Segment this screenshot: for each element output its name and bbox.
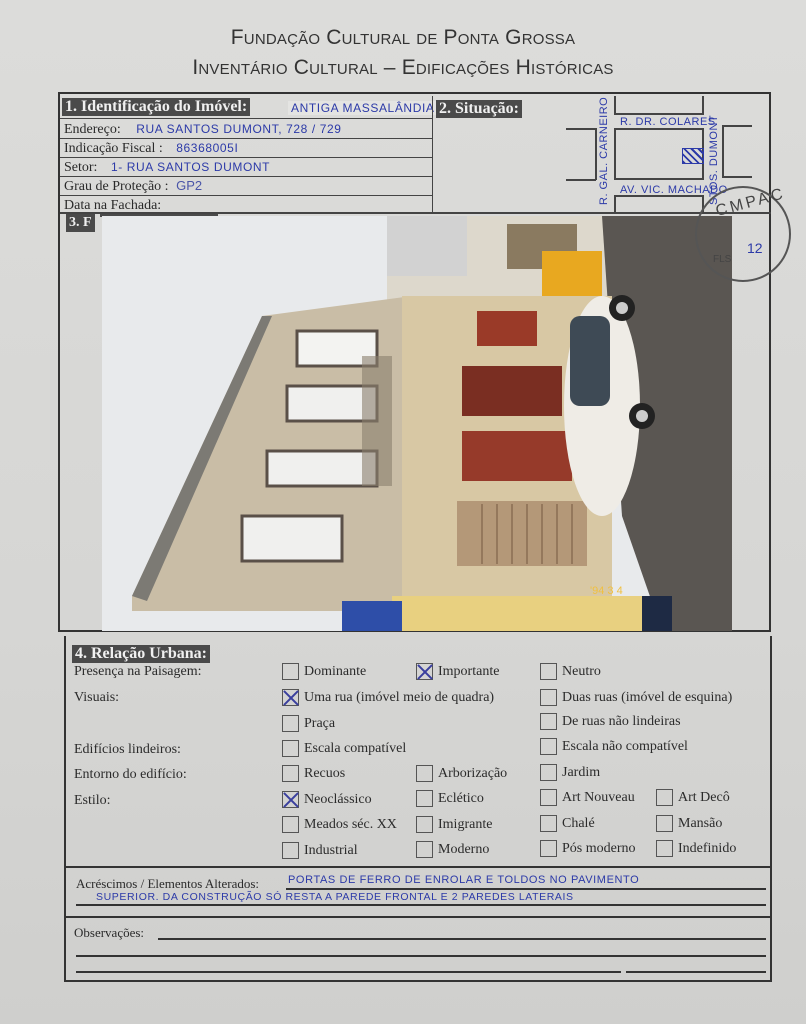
checkbox-neutro[interactable] xyxy=(540,663,557,680)
option-label: Arborização xyxy=(438,766,507,781)
option-label: Eclético xyxy=(438,791,484,806)
acrescimos-line2[interactable]: SUPERIOR. DA CONSTRUÇÃO SÓ RESTA A PARED… xyxy=(96,891,574,903)
option-label: Uma rua (imóvel meio de quadra) xyxy=(304,690,494,705)
checkbox-art-deco[interactable] xyxy=(656,789,673,806)
option-praca[interactable]: Praça xyxy=(282,714,335,734)
checkbox-neoclassico[interactable] xyxy=(282,791,299,808)
option-label: Art Nouveau xyxy=(562,790,635,805)
option-duas-ruas[interactable]: Duas ruas (imóvel de esquina) xyxy=(540,688,732,708)
option-label: Imigrante xyxy=(438,817,492,832)
checkbox-importante[interactable] xyxy=(416,663,433,680)
option-label: Mansão xyxy=(678,816,722,831)
protection-label: Grau de Proteção : xyxy=(64,179,169,194)
option-escala-nao-compativel[interactable]: Escala não compatível xyxy=(540,737,688,757)
option-label: Neoclássico xyxy=(304,792,372,807)
observacoes-line xyxy=(76,971,621,973)
address-label: Endereço: xyxy=(64,122,121,137)
building-photo: '94 3 4 xyxy=(102,216,732,631)
stamp-text: CMPAC xyxy=(714,185,788,221)
option-chale[interactable]: Chalé xyxy=(540,814,595,834)
option-neutro[interactable]: Neutro xyxy=(540,662,601,682)
checkbox-dominante[interactable] xyxy=(282,663,299,680)
checkbox-ruas-nao-lindeiras[interactable] xyxy=(540,713,557,730)
checkbox-indefinido[interactable] xyxy=(656,840,673,857)
checkbox-duas-ruas[interactable] xyxy=(540,689,557,706)
checkbox-art-nouveau[interactable] xyxy=(540,789,557,806)
section2-title: 2. Situação: xyxy=(436,100,522,118)
property-lot-marker xyxy=(682,148,704,164)
checkbox-ecletico[interactable] xyxy=(416,790,433,807)
option-dominante[interactable]: Dominante xyxy=(282,662,366,682)
fiscal-value[interactable]: 86368005I xyxy=(176,141,238,155)
checkbox-imigrante[interactable] xyxy=(416,816,433,833)
option-imigrante[interactable]: Imigrante xyxy=(416,815,492,835)
protection-value[interactable]: GP2 xyxy=(176,178,202,193)
checkbox-arborizacao[interactable] xyxy=(416,765,433,782)
observacoes-line xyxy=(158,938,766,940)
sector-row: Setor: 1- RUA SANTOS DUMONT xyxy=(60,158,432,177)
option-label: De ruas não lindeiras xyxy=(562,714,681,729)
checkbox-escala-nao-compativel[interactable] xyxy=(540,738,557,755)
option-ruas-nao-lindeiras[interactable]: De ruas não lindeiras xyxy=(540,712,681,732)
option-label: Escala compatível xyxy=(304,741,406,756)
section4-title: 4. Relação Urbana: xyxy=(72,645,210,663)
option-label: Industrial xyxy=(304,843,358,858)
option-indefinido[interactable]: Indefinido xyxy=(656,839,736,859)
checkbox-recuos[interactable] xyxy=(282,765,299,782)
acrescimos-underline xyxy=(286,888,766,890)
divider xyxy=(66,916,771,918)
row-label-presenca: Presença na Paisagem: xyxy=(74,664,202,680)
option-art-nouveau[interactable]: Art Nouveau xyxy=(540,788,635,808)
checkbox-pos-moderno[interactable] xyxy=(540,840,557,857)
sector-value[interactable]: 1- RUA SANTOS DUMONT xyxy=(111,160,270,174)
option-label: Neutro xyxy=(562,664,601,679)
option-escala-compativel[interactable]: Escala compatível xyxy=(282,739,406,759)
row-label-edificios: Edifícios lindeiros: xyxy=(74,742,181,758)
option-moderno[interactable]: Moderno xyxy=(416,840,489,860)
option-label: Recuos xyxy=(304,766,345,781)
option-meados-sec-xx[interactable]: Meados séc. XX xyxy=(282,815,397,835)
fiscal-label: Indicação Fiscal : xyxy=(64,141,163,156)
option-label: Duas ruas (imóvel de esquina) xyxy=(562,690,732,705)
address-row: Endereço: RUA SANTOS DUMONT, 728 / 729 xyxy=(60,120,432,139)
option-label: Meados séc. XX xyxy=(304,817,397,832)
section3-title: 3. F xyxy=(66,214,95,232)
checkbox-moderno[interactable] xyxy=(416,841,433,858)
building-facade-image: '94 3 4 xyxy=(102,216,732,631)
option-label: Chalé xyxy=(562,816,595,831)
photo-date-stamp: '94 3 4 xyxy=(590,585,623,597)
checkbox-mansao[interactable] xyxy=(656,815,673,832)
stamp-page-number: 12 xyxy=(747,240,763,256)
option-jardim[interactable]: Jardim xyxy=(540,763,600,783)
sector-label: Setor: xyxy=(64,160,97,175)
divider xyxy=(66,866,771,868)
protection-row: Grau de Proteção : GP2 xyxy=(60,177,432,196)
stamp-fls-label: FLS xyxy=(713,254,731,265)
checkbox-chale[interactable] xyxy=(540,815,557,832)
facade-date-label: Data na Fachada: xyxy=(64,198,161,213)
option-ecletico[interactable]: Eclético xyxy=(416,789,484,809)
option-label: Moderno xyxy=(438,842,489,857)
observacoes-line xyxy=(626,971,766,973)
option-arborizacao[interactable]: Arborização xyxy=(416,764,507,784)
form-title: Inventário Cultural – Edificações Histór… xyxy=(0,56,806,80)
acrescimos-underline xyxy=(76,904,766,906)
option-label: Pós moderno xyxy=(562,841,636,856)
option-label: Art Decô xyxy=(678,790,730,805)
checkbox-escala-compativel[interactable] xyxy=(282,740,299,757)
institution-title: Fundação Cultural de Ponta Grossa xyxy=(0,26,806,50)
option-label: Indefinido xyxy=(678,841,736,856)
row-label-entorno: Entorno do edifício: xyxy=(74,767,187,783)
observacoes-line xyxy=(76,955,766,957)
option-industrial[interactable]: Industrial xyxy=(282,841,358,861)
cmpac-stamp: CMPAC FLS 12 xyxy=(695,186,791,282)
checkbox-meados-sec-xx[interactable] xyxy=(282,816,299,833)
option-label: Praça xyxy=(304,716,335,731)
map-top-street: R. DR. COLARES xyxy=(620,116,716,128)
option-label: Escala não compatível xyxy=(562,739,688,754)
checkbox-uma-rua[interactable] xyxy=(282,689,299,706)
option-recuos[interactable]: Recuos xyxy=(282,764,345,784)
option-label: Dominante xyxy=(304,664,366,679)
checkbox-industrial[interactable] xyxy=(282,842,299,859)
row-label-visuais: Visuais: xyxy=(74,690,119,706)
option-uma-rua[interactable]: Uma rua (imóvel meio de quadra) xyxy=(282,688,494,708)
map-left-street: R. GAL. CARNEIRO xyxy=(598,97,610,205)
observacoes-label: Observações: xyxy=(74,925,144,941)
acrescimos-line1[interactable]: PORTAS DE FERRO DE ENROLAR E TOLDOS NO P… xyxy=(288,874,639,886)
checkbox-jardim[interactable] xyxy=(540,764,557,781)
option-label: Jardim xyxy=(562,765,600,780)
checkbox-praca[interactable] xyxy=(282,715,299,732)
fiscal-row: Indicação Fiscal : 86368005I xyxy=(60,139,432,158)
option-mansao[interactable]: Mansão xyxy=(656,814,722,834)
address-value[interactable]: RUA SANTOS DUMONT, 728 / 729 xyxy=(136,122,341,136)
option-pos-moderno[interactable]: Pós moderno xyxy=(540,839,636,859)
option-neoclassico[interactable]: Neoclássico xyxy=(282,790,372,810)
acrescimos-label: Acréscimos / Elementos Alterados: xyxy=(76,876,259,892)
form-page: Fundação Cultural de Ponta Grossa Invent… xyxy=(0,0,806,1024)
option-art-deco[interactable]: Art Decô xyxy=(656,788,730,808)
option-importante[interactable]: Importante xyxy=(416,662,499,682)
row-label-estilo: Estilo: xyxy=(74,793,111,809)
option-label: Importante xyxy=(438,664,499,679)
